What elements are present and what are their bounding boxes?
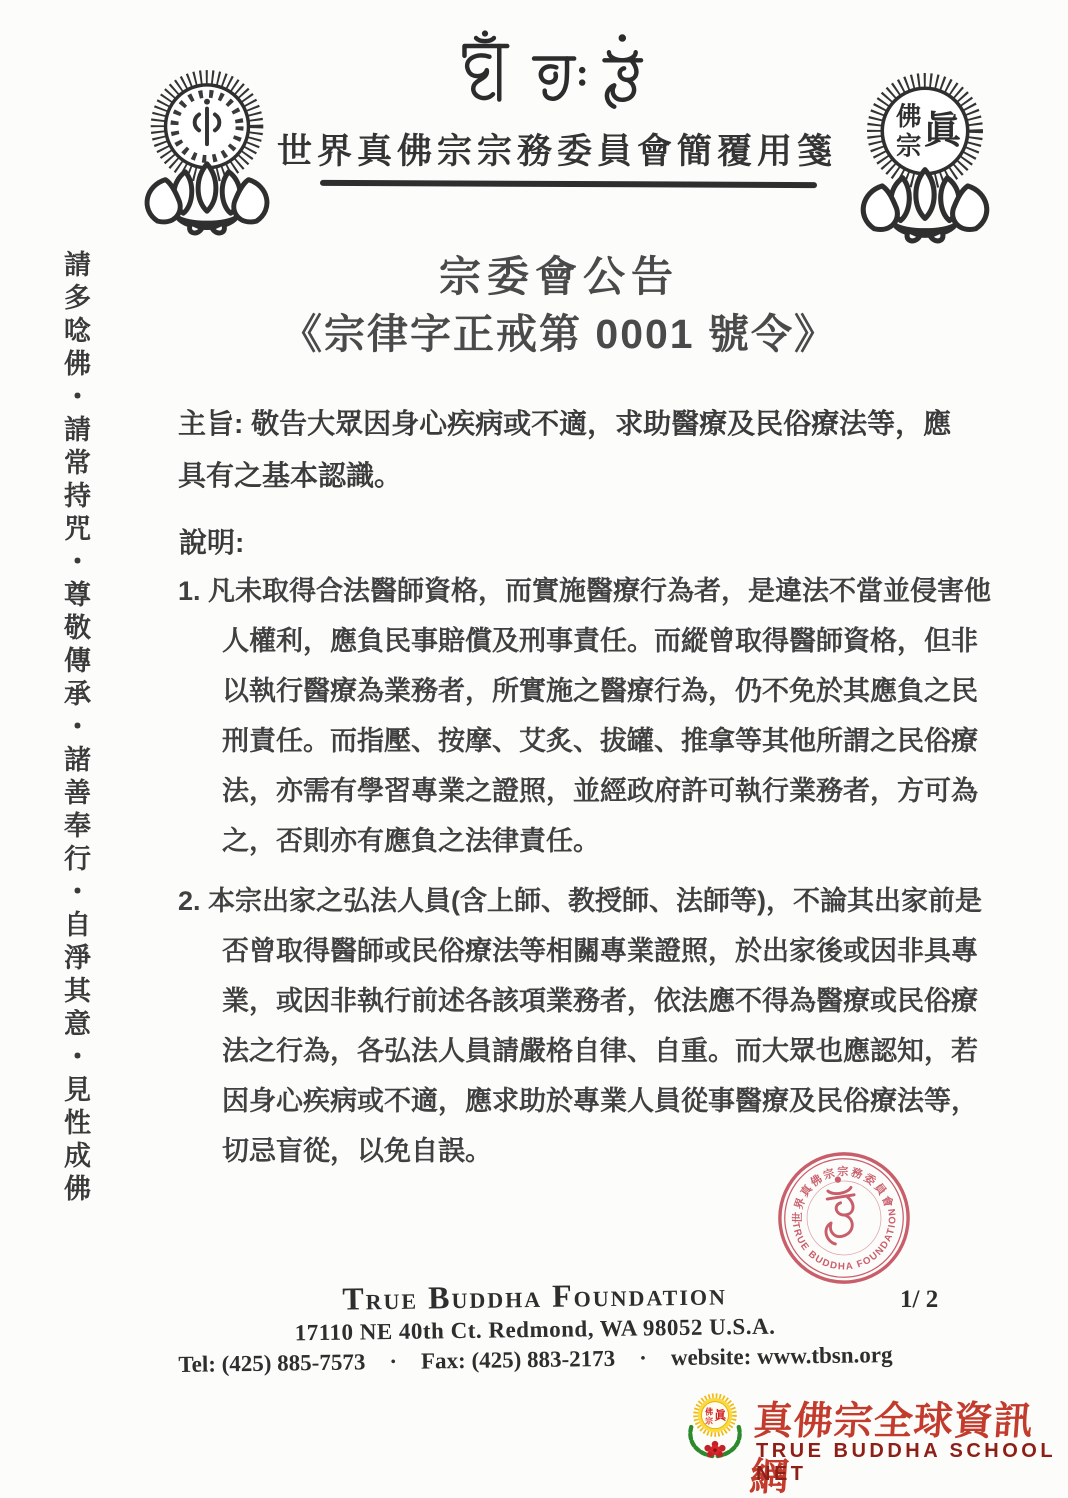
brand-emblem-char-zhen: 眞 xyxy=(714,1409,727,1423)
footer-website: website: www.tbsn.org xyxy=(671,1342,893,1370)
announcement-order-number: 《宗律字正戒第 0001 號令》 xyxy=(0,301,1068,360)
announcement-heading: 宗委會公告 xyxy=(0,244,1068,304)
header-rule xyxy=(320,180,817,188)
brand-emblem-char-fo: 佛 xyxy=(704,1406,713,1416)
footer-block: True Buddha Foundation 17110 NE 40th Ct.… xyxy=(59,1271,1010,1379)
explanation-item-2: 2. 本宗出家之弘法人員(含上師、教授師、法師等)，不論其出家前是否曾取得醫師或… xyxy=(178,876,1002,1176)
document-page: 佛 眞 宗 世界真佛宗宗務委員會簡覆用箋 請多唸佛・請常持咒・尊敬傳承・諸善奉行… xyxy=(0,0,1068,1498)
page-number: 1/ 2 xyxy=(900,1286,938,1314)
letterhead-title: 世界真佛宗宗務委員會簡覆用箋 xyxy=(0,124,1068,174)
footer-bullet: · xyxy=(389,1349,397,1375)
brand-emblem-flower xyxy=(704,1441,725,1458)
explanation-item-1: 1. 凡未取得合法醫師資格，而實施醫療行為者，是違法不當並侵害他人權利，應負民事… xyxy=(178,566,1002,866)
footer-bullet: · xyxy=(639,1345,647,1371)
brand-site-name-english: TRUE BUDDHA SCHOOL NET xyxy=(756,1440,1068,1486)
subject-paragraph: 主旨: 敬告大眾因身心疾病或不適，求助醫療及民俗療法等，應具有之基本認識。 xyxy=(178,398,978,502)
true-buddha-school-net-logo-icon: 佛 眞 宗 xyxy=(682,1392,748,1466)
footer-tel: Tel: (425) 885-7573 xyxy=(178,1349,365,1377)
seal-hum-syllable-icon xyxy=(818,1174,862,1245)
seed-syllables-om-ah-hum-icon xyxy=(452,26,666,116)
footer-fax: Fax: (425) 883-2173 xyxy=(421,1346,616,1374)
side-motto-vertical: 請多唸佛・請常持咒・尊敬傳承・諸善奉行・自淨其意・見性成佛 xyxy=(56,250,95,1240)
explanation-label: 說明: xyxy=(179,521,244,561)
brand-emblem-char-zong: 宗 xyxy=(705,1416,713,1426)
